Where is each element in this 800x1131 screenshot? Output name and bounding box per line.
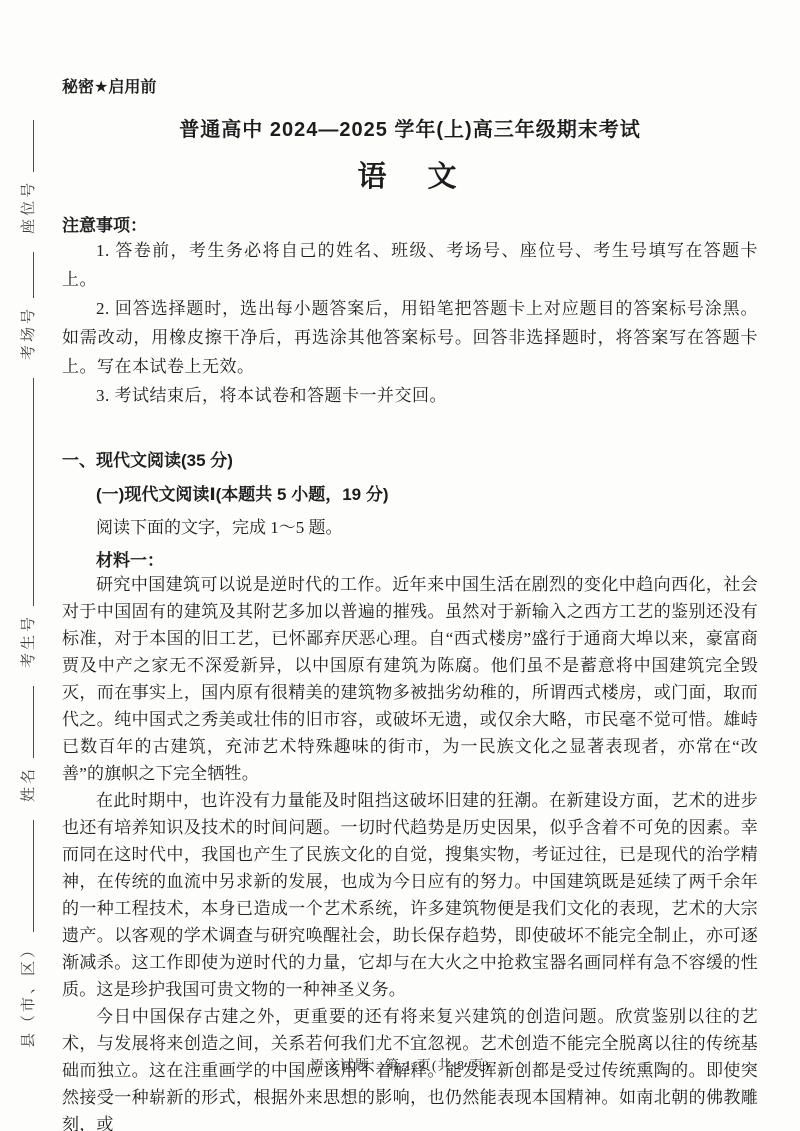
material-label: 材料一： xyxy=(96,546,758,571)
notice-heading: 注意事项： xyxy=(62,211,758,236)
sidebar-field-label: 座位号 xyxy=(17,180,38,234)
exam-title: 普通高中 2024—2025 学年(上)高三年级期末考试 xyxy=(62,113,758,142)
sidebar-field-blank xyxy=(20,378,34,606)
notice-item: 3. 考试结束后，将本试卷和答题卡一并交回。 xyxy=(62,381,758,410)
sidebar-field-label: 姓名 xyxy=(17,766,38,802)
sidebar-field-label: 县（市、区） xyxy=(17,940,38,1048)
reading-instruction: 阅读下面的文字，完成 1～5 题。 xyxy=(96,513,758,538)
section-title: 一、现代文阅读(35 分) xyxy=(62,446,758,471)
material-paragraph: 研究中国建筑可以说是逆时代的工作。近年来中国生活在剧烈的变化中趋向西化，社会对于… xyxy=(62,571,758,787)
main-content: 秘密★启用前 普通高中 2024—2025 学年(上)高三年级期末考试 语 文 … xyxy=(62,74,758,1131)
sidebar-field-label: 考生号 xyxy=(17,614,38,668)
notice-list: 1. 答卷前，考生务必将自己的姓名、班级、考场号、座位号、考生号填写在答题卡上。… xyxy=(62,236,758,410)
classification-label: 秘密★启用前 xyxy=(62,74,758,97)
sidebar-field-blank xyxy=(20,686,34,758)
sidebar-field-label: 考场号 xyxy=(17,306,38,360)
sidebar-field-blank xyxy=(20,120,34,172)
material-paragraph: 在此时期中，也许没有力量能及时阻挡这破坏旧建的狂潮。在新建设方面，艺术的进步也还… xyxy=(62,787,758,1003)
page-footer: 语文试题 第 1 页(共 8 页) xyxy=(0,1055,800,1075)
notice-item: 1. 答卷前，考生务必将自己的姓名、班级、考场号、座位号、考生号填写在答题卡上。 xyxy=(62,236,758,294)
sidebar-field-blank xyxy=(20,820,34,932)
subsection-title: (一)现代文阅读Ⅰ(本题共 5 小题，19 分) xyxy=(96,480,758,505)
binding-strip: 县（市、区）姓名考生号考场号座位号 xyxy=(10,76,44,1048)
exam-paper-page: 县（市、区）姓名考生号考场号座位号 秘密★启用前 普通高中 2024—2025 … xyxy=(0,0,800,1131)
material-text: 研究中国建筑可以说是逆时代的工作。近年来中国生活在剧烈的变化中趋向西化，社会对于… xyxy=(62,571,758,1131)
sidebar-field-blank xyxy=(20,252,34,298)
subject-title: 语 文 xyxy=(62,154,758,195)
notice-item: 2. 回答选择题时，选出每小题答案后，用铅笔把答题卡上对应题目的答案标号涂黑。如… xyxy=(62,294,758,381)
